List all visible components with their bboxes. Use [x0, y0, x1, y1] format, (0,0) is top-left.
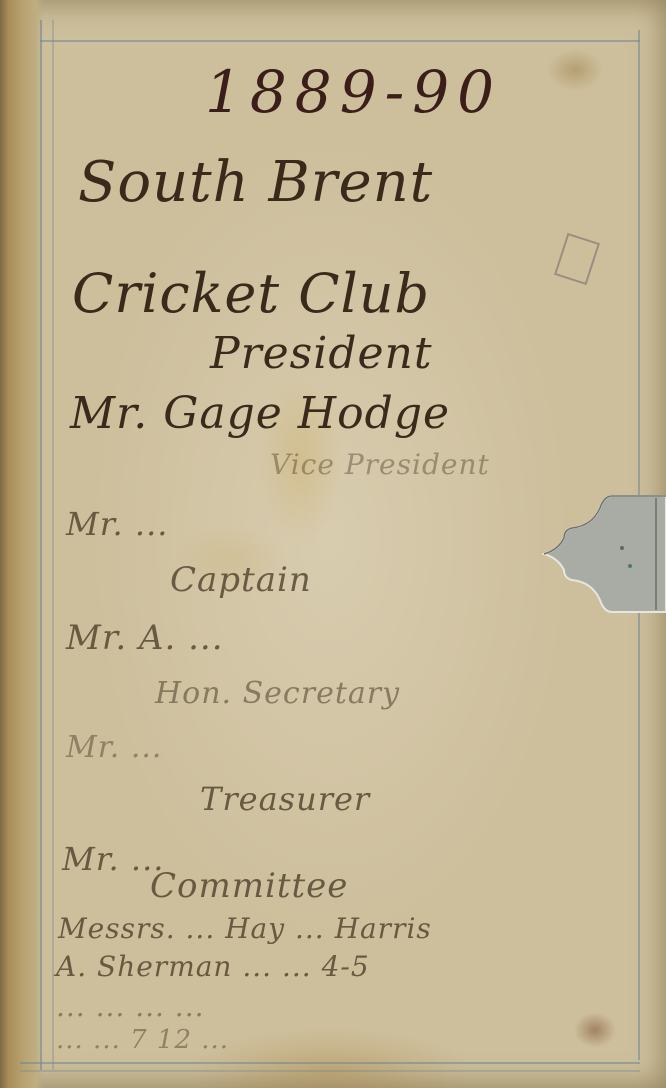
committee-line-1: Messrs. ... Hay ... Harris: [58, 912, 432, 945]
border-rule-top: [40, 40, 640, 42]
year-heading: 1889-90: [205, 58, 502, 126]
club-name-line-1: South Brent: [78, 150, 433, 215]
border-rule-bottom: [20, 1062, 640, 1064]
metal-clasp-icon: [542, 488, 666, 620]
section-heading-treasurer: Treasurer: [200, 780, 370, 818]
president-name: Mr. Gage Hodge: [70, 388, 450, 439]
section-heading-secretary: Hon. Secretary: [155, 676, 400, 711]
border-rule-bottom-2: [20, 1070, 640, 1072]
club-name-line-2: Cricket Club: [72, 262, 430, 325]
book-spine: [0, 0, 44, 1088]
captain-name: Mr. A. ...: [66, 618, 224, 658]
section-heading-captain: Captain: [170, 560, 312, 600]
committee-line-3: ... ... ... ...: [56, 990, 205, 1023]
border-rule-left-inner: [52, 20, 54, 1070]
committee-line-2: A. Sherman ... ... 4-5: [56, 950, 370, 983]
notebook-cover: 1889-90 South Brent Cricket Club Preside…: [0, 0, 666, 1088]
pencil-box-mark: [554, 233, 600, 285]
vice-president-name: Mr. ...: [66, 505, 168, 543]
section-heading-president: President: [210, 328, 433, 379]
section-heading-vice-president: Vice President: [270, 448, 490, 481]
section-heading-committee: Committee: [150, 866, 348, 906]
secretary-name: Mr. ...: [66, 730, 162, 765]
committee-line-4: ... ... 7 12 ...: [56, 1025, 229, 1055]
border-rule-left: [40, 20, 42, 1070]
